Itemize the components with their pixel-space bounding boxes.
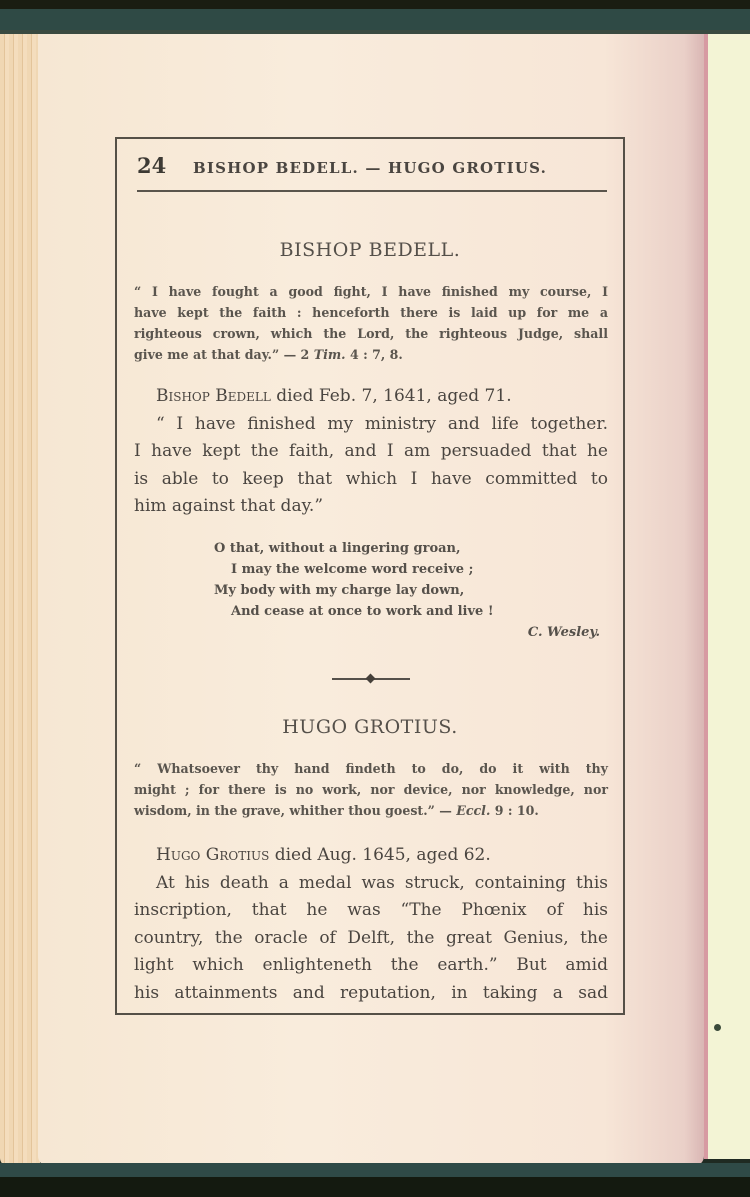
scripture-verse: 9 : 10.	[490, 803, 538, 818]
epigraph-line: give me at that day.” — 2 Tim. 4 : 7, 8.	[134, 344, 608, 365]
body-line: I have kept the faith, and I am persuade…	[134, 438, 608, 466]
header-rule	[137, 190, 607, 192]
body-line: light which enlighteneth the earth.” But…	[134, 952, 608, 980]
epigraph-text: give me at that day.” — 2	[134, 347, 314, 362]
body-line: “ I have finished my ministry and life t…	[134, 411, 608, 439]
person-name: Bishop Bedell	[156, 386, 271, 406]
epigraph-line: “ Whatsoever thy hand findeth to do, do …	[134, 758, 608, 779]
death-text: died Aug. 1645, aged 62.	[269, 845, 490, 865]
epigraph-text: wisdom, in the grave, whither thou goest…	[134, 803, 456, 818]
page-number: 24	[137, 153, 193, 178]
poem-line: O that, without a lingering groan,	[214, 538, 604, 559]
poem-attribution: C. Wesley.	[214, 622, 604, 643]
poem-line: My body with my charge lay down,	[214, 580, 604, 601]
death-line: Hugo Grotius died Aug. 1645, aged 62.	[134, 842, 608, 870]
scripture-book: Eccl.	[456, 803, 490, 818]
running-head: 24 BISHOP BEDELL. — HUGO GROTIUS.	[137, 153, 607, 183]
body-grotius: Hugo Grotius died Aug. 1645, aged 62. At…	[134, 842, 608, 1007]
section-title-bedell: BISHOP BEDELL.	[117, 239, 623, 261]
scripture-verse: 4 : 7, 8.	[346, 347, 403, 362]
text-frame: 24 BISHOP BEDELL. — HUGO GROTIUS. BISHOP…	[115, 137, 625, 1015]
body-line: is able to keep that which I have commit…	[134, 466, 608, 494]
book-cover-bottom	[0, 1163, 750, 1197]
death-line: Bishop Bedell died Feb. 7, 1641, aged 71…	[134, 383, 608, 411]
poem-line: I may the welcome word receive ;	[214, 559, 604, 580]
diamond-icon	[366, 674, 376, 684]
epigraph-line: wisdom, in the grave, whither thou goest…	[134, 800, 608, 821]
body-line: his attainments and reputation, in takin…	[134, 980, 608, 1008]
epigraph-bedell: “ I have fought a good fight, I have fin…	[134, 281, 608, 365]
book-cover-top	[0, 0, 750, 34]
scripture-book: Tim.	[314, 347, 346, 362]
section-divider-ornament	[332, 674, 410, 684]
person-name: Hugo Grotius	[156, 845, 269, 865]
body-line: inscription, that he was “The Phœnix of …	[134, 897, 608, 925]
body-bedell: Bishop Bedell died Feb. 7, 1641, aged 71…	[134, 383, 608, 521]
body-line: country, the oracle of Delft, the great …	[134, 925, 608, 953]
poem-wesley: O that, without a lingering groan, I may…	[214, 538, 604, 643]
body-line: him against that day.”	[134, 493, 608, 521]
gilt-page-edges	[0, 34, 40, 1166]
epigraph-line: “ I have fought a good fight, I have fin…	[134, 281, 608, 302]
adjacent-page	[704, 34, 750, 1159]
epigraph-line: righteous crown, which the Lord, the rig…	[134, 323, 608, 344]
poem-line: And cease at once to work and live !	[214, 601, 604, 622]
section-title-grotius: HUGO GROTIUS.	[117, 716, 623, 738]
body-line: At his death a medal was struck, contain…	[134, 870, 608, 898]
running-title: BISHOP BEDELL. — HUGO GROTIUS.	[193, 159, 547, 177]
death-text: died Feb. 7, 1641, aged 71.	[271, 386, 512, 406]
epigraph-line: might ; for there is no work, nor device…	[134, 779, 608, 800]
paper-spot	[714, 1024, 721, 1031]
epigraph-grotius: “ Whatsoever thy hand findeth to do, do …	[134, 758, 608, 821]
epigraph-line: have kept the faith : henceforth there i…	[134, 302, 608, 323]
